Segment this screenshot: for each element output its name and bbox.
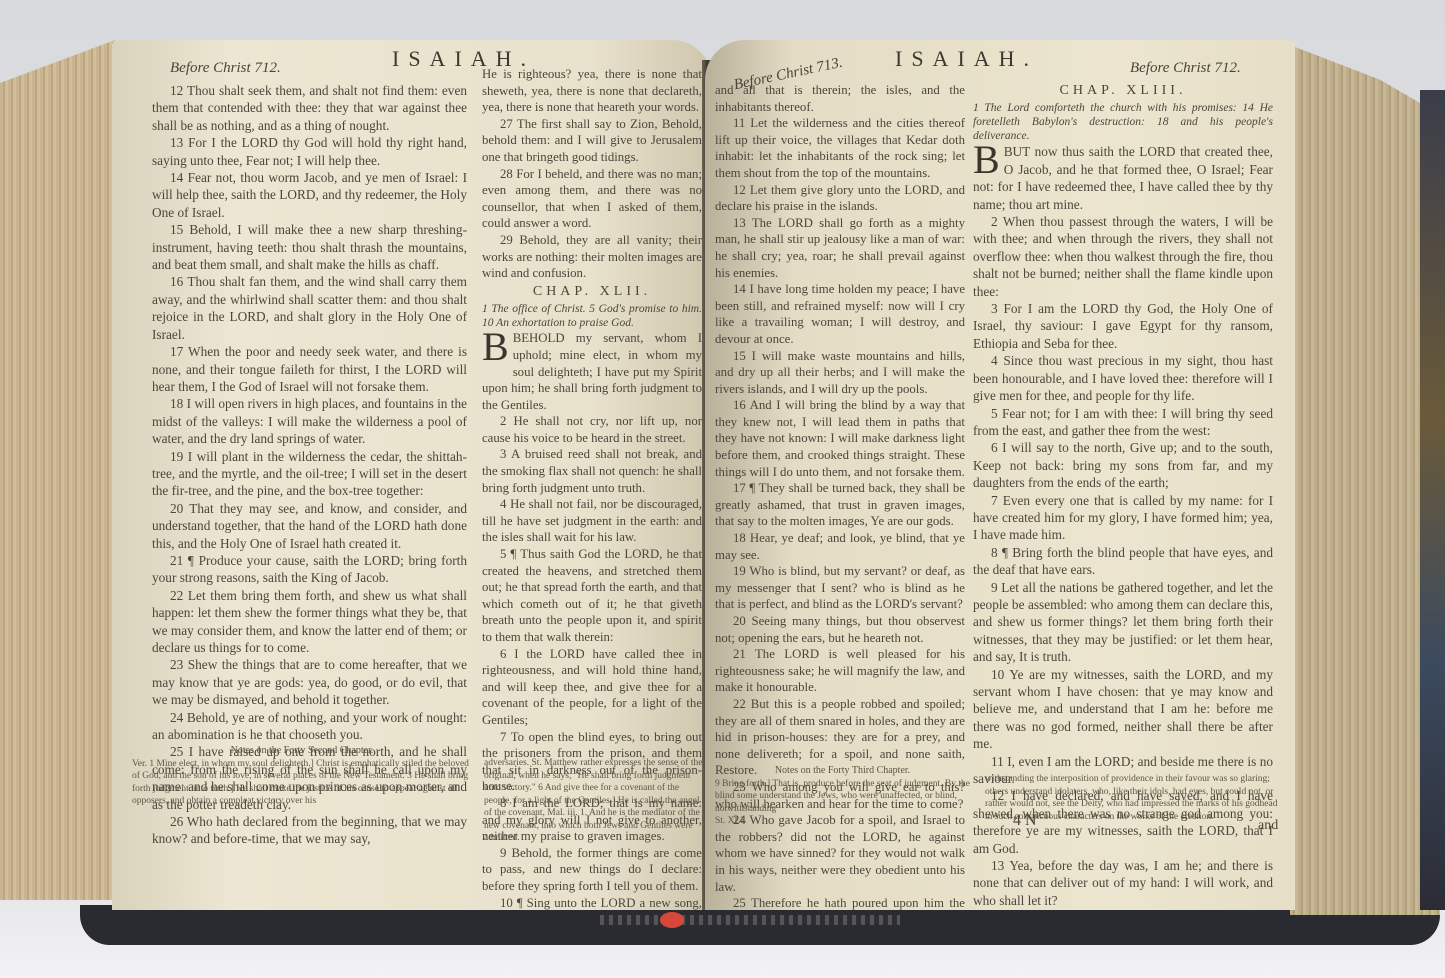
verse: 13 For I the LORD thy God will hold thy … [152, 134, 467, 169]
verse: 19 I will plant in the wilderness the ce… [152, 448, 467, 500]
verse: 4 Since thou wast precious in my sight, … [973, 352, 1273, 404]
notes-title: Notes on the Forty Third Chapter. [715, 765, 970, 778]
footnotes-col-1: Notes on the Forty Second Chapter. Ver. … [132, 745, 472, 808]
verse: 5 ¶ Thus saith God the LORD, he that cre… [482, 546, 702, 646]
ribbon-bookmark [660, 912, 684, 928]
verse: 28 For I beheld, and there was no man; e… [482, 166, 702, 232]
left-page: Before Christ 712. ISAIAH. 12 Thou shalt… [112, 40, 712, 910]
background-cover-art [1420, 90, 1445, 910]
verse: and all that is therein; the isles, and … [715, 82, 965, 115]
chapter-summary: 1 The office of Christ. 5 God's promise … [482, 302, 702, 330]
verse: 5 Fear not; for I am with thee: I will b… [973, 405, 1273, 440]
book-binding [80, 905, 1440, 945]
verse: 16 And I will bring the blind by a way t… [715, 397, 965, 480]
notes-text: adversaries. St. Matthew rather expresse… [484, 757, 704, 845]
verse: 20 Seeing many things, but thou observes… [715, 613, 965, 646]
verse: 27 The first shall say to Zion, Behold, … [482, 116, 702, 166]
verse: 14 ¶ Thus saith the LORD your redeemer, … [973, 909, 1273, 910]
date-margin: Before Christ 712. [170, 60, 281, 77]
verse: 10 ¶ Sing unto the LORD a new song, and … [482, 895, 702, 911]
verse: 11 Let the wilderness and the cities the… [715, 115, 965, 181]
date-margin-right: Before Christ 712. [1130, 60, 1241, 77]
drop-cap: B [973, 143, 1000, 177]
verse: 13 Yea, before the day was, I am he; and… [973, 857, 1273, 909]
verse: 6 I will say to the north, Give up; and … [973, 439, 1273, 491]
right-page: Before Christ 713. ISAIAH. Before Christ… [705, 40, 1295, 910]
verse: 14 I have long time holden my peace; I h… [715, 281, 965, 347]
chapter-heading: CHAP. XLIII. [973, 82, 1273, 99]
headband [600, 915, 900, 925]
verse: 18 I will open rivers in high places, an… [152, 395, 467, 447]
verse: 15 Behold, I will make thee a new sharp … [152, 221, 467, 273]
verse: 29 Behold, they are all vanity; their wo… [482, 232, 702, 282]
verse: 25 Therefore he hath poured upon him the… [715, 895, 965, 910]
verse: 21 ¶ Produce your cause, saith the LORD;… [152, 552, 467, 587]
verse: 2 When thou passest through the waters, … [973, 213, 1273, 300]
verse: 18 Hear, ye deaf; and look, ye blind, th… [715, 530, 965, 563]
verse: 13 The LORD shall go forth as a mighty m… [715, 215, 965, 281]
verse: 9 Let all the nations be gathered togeth… [973, 579, 1273, 666]
verse: 12 Thou shalt seek them, and shalt not f… [152, 82, 467, 134]
verse: 20 That they may see, and know, and cons… [152, 500, 467, 552]
text-column-1: 12 Thou shalt seek them, and shalt not f… [152, 82, 467, 848]
drop-cap: B [482, 330, 509, 364]
verse: 3 For I am the LORD thy God, the Holy On… [973, 300, 1273, 352]
notes-title: Notes on the Forty Second Chapter. [132, 745, 472, 758]
verse: 7 Even every one that is called by my na… [973, 492, 1273, 544]
chapter-heading: CHAP. XLII. [482, 284, 702, 301]
running-head: ISAIAH. [895, 46, 1038, 72]
catchword: and [1258, 818, 1278, 834]
chapter-summary: 1 The Lord comforteth the church with hi… [973, 101, 1273, 143]
verse: 17 When the poor and needy seek water, a… [152, 343, 467, 395]
verse: 22 Let them bring them forth, and shew u… [152, 587, 467, 657]
footnotes-col-1: Notes on the Forty Third Chapter. 9 Brin… [715, 765, 970, 828]
footnotes-col-2: adversaries. St. Matthew rather expresse… [484, 757, 704, 845]
verse: 2 He shall not cry, nor lift up, nor cau… [482, 413, 702, 446]
verse: 4 He shall not fail, nor be discouraged,… [482, 496, 702, 546]
left-page-block-edge [0, 40, 115, 900]
verse: 16 Thou shalt fan them, and the wind sha… [152, 273, 467, 343]
verse: 9 Behold, the former things are come to … [482, 845, 702, 895]
verse: 26 Who hath declared from the beginning,… [152, 813, 467, 848]
verse: 14 Fear not, thou worm Jacob, and ye men… [152, 169, 467, 221]
verse: 23 Shew the things that are to come here… [152, 656, 467, 708]
notes-text: 9 Bring forth.] That is, produce before … [715, 778, 970, 816]
verse: 21 The LORD is well pleased for his righ… [715, 646, 965, 696]
notes-text: Ver. 1 Mine elect, in whom my soul delig… [132, 758, 472, 808]
verse: 17 ¶ They shall be turned back, they sha… [715, 480, 965, 530]
right-page-block-edge [1290, 45, 1440, 915]
verse: 3 A bruised reed shall not break, and th… [482, 446, 702, 496]
verse: 6 I the LORD have called thee in righteo… [482, 646, 702, 729]
verse: 19 Who is blind, but my servant? or deaf… [715, 563, 965, 613]
verse: 8 ¶ Bring forth the blind people that ha… [973, 544, 1273, 579]
verse: 10 Ye are my witnesses, saith the LORD, … [973, 666, 1273, 753]
verse: BUT now thus saith the LORD that created… [973, 143, 1273, 213]
verse: 15 I will make waste mountains and hills… [715, 348, 965, 398]
verse: 24 Behold, ye are of nothing, and your w… [152, 709, 467, 744]
verse: He is righteous? yea, there is none that… [482, 66, 702, 116]
notes-ref: St. XLI. [715, 815, 970, 828]
verse: BEHOLD my servant, whom I uphold; mine e… [482, 330, 702, 413]
verse: 12 Let them give glory unto the LORD, an… [715, 182, 965, 215]
signature-mark: 4 N [1013, 812, 1037, 830]
